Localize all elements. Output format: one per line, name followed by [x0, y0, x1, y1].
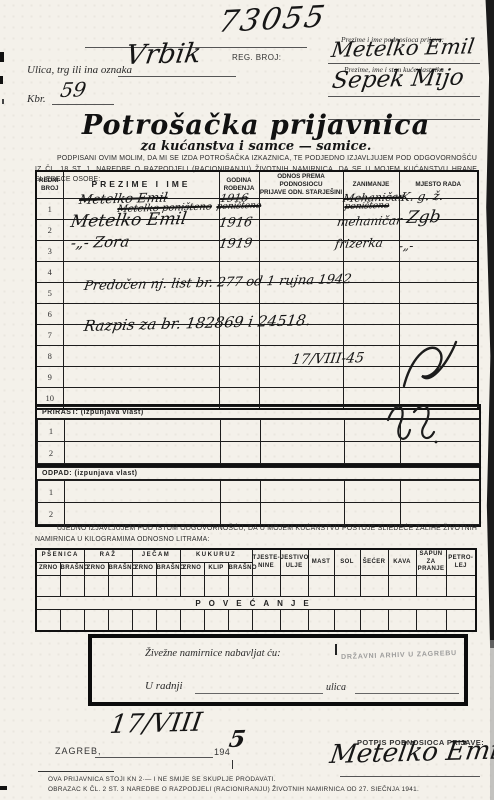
margin-mark: [0, 76, 3, 84]
col-sol: SOL: [334, 549, 360, 576]
table-row: 2: [38, 442, 480, 464]
col-jestivo-ulje: JESTIVO ULJE: [280, 549, 308, 576]
form-subtitle: za kućanstva i samce — samice.: [35, 139, 477, 154]
sub-klip: KLIP: [204, 563, 228, 576]
ruled-line: [38, 771, 114, 772]
scan-edge-soft: [490, 640, 494, 800]
col-sapun: SAPUN ZA PRANJE: [416, 549, 446, 576]
ruled-line: [195, 693, 323, 694]
sub-zrno: ZRNO: [84, 563, 108, 576]
scanned-form-page: 73055 REG. BROJ: Ulica, trg ili ina ozna…: [0, 0, 494, 800]
row-number: 1: [38, 420, 65, 442]
table-row: 1: [38, 481, 480, 503]
form-reference-note: OBRAZAC K ČL. 2 ST. 3 NAREDBE O RAZPODJE…: [48, 786, 419, 793]
reg-number-handwritten: 73055: [216, 2, 329, 37]
hw-row3-year: 1919: [218, 237, 253, 251]
sub-brasno: BRAŠNO: [60, 563, 84, 576]
row-number: 8: [36, 346, 63, 367]
ruled-line: [328, 96, 480, 97]
group-kukuruz: KUKURUZ: [180, 549, 252, 563]
sub-brasno: BRAŠNO: [228, 563, 252, 576]
signature-handwritten: Metelko Emil: [328, 737, 494, 768]
col-odnos: ODNOS PREMA PODNOSIOCU PRIJAVE ODN. STAR…: [259, 171, 343, 199]
row-number: 2: [38, 503, 65, 525]
sub-zrno: ZRNO: [36, 563, 60, 576]
hw-approval-date: 17/VIII-45: [291, 351, 365, 367]
sub-zrno: ZRNO: [180, 563, 204, 576]
povecanje-label: POVEĆANJE: [36, 597, 476, 610]
supplies-declaration: UJEDNO IZJAVLJUJEM POD ISTOM ODGOVORNOŠĆ…: [35, 524, 477, 545]
table-row: 2: [38, 503, 480, 525]
row-number: 1: [36, 199, 63, 220]
group-raz: RAŽ: [84, 549, 132, 563]
hw-row1-place: K. g. ž.: [400, 190, 444, 203]
row-number: 1: [38, 481, 65, 503]
hw-row2-year: 1916: [218, 216, 253, 230]
col-tjestenine: TJESTE- NINE: [252, 549, 280, 576]
hw-row1-occupation-note: poništeno: [344, 202, 390, 212]
purchase-intro-label: Živežne namirnice nabavljat ću:: [145, 648, 281, 659]
margin-mark: [0, 786, 7, 790]
row-number: 6: [36, 304, 63, 325]
prirast-section: PRIRAST: (izpunjava vlast) 1 2: [35, 404, 481, 466]
sub-brasno: BRAŠNO: [108, 563, 132, 576]
street-fill-label: ulica: [326, 682, 346, 693]
supplies-table: PŠENICA RAŽ JEČAM KUKURUZ TJESTE- NINE J…: [35, 548, 477, 632]
row-number: 2: [38, 442, 65, 464]
purchase-box: Živežne namirnice nabavljat ću: U radnji…: [88, 634, 468, 706]
house-number-handwritten: 59: [59, 79, 88, 100]
ruled-line: [52, 104, 114, 105]
ruled-line: [340, 776, 480, 777]
margin-mark: [2, 99, 4, 104]
city-label: ZAGREB,: [55, 746, 102, 756]
sub-brasno: BRAŠNO: [156, 563, 180, 576]
margin-mark: [0, 52, 4, 62]
group-jecam: JEČAM: [132, 549, 180, 563]
date-handwritten: 17/VIII: [108, 710, 204, 738]
odpad-label: ODPAD: (izpunjava vlast): [37, 467, 479, 480]
hw-row2-place: Zgb: [405, 209, 441, 227]
hw-row1-year-note: poništeno: [216, 202, 262, 212]
col-redni-broj: REDNI- BROJ: [36, 171, 63, 199]
hw-row3-occupation: frizerka: [334, 237, 384, 250]
supplies-group-header-row: PŠENICA RAŽ JEČAM KUKURUZ TJESTE- NINE J…: [36, 549, 476, 563]
tick-mark: [232, 760, 233, 769]
col-kava: KAVA: [388, 549, 416, 576]
hw-row3-place: -„-: [398, 240, 414, 252]
ruled-line: [95, 757, 213, 758]
hw-row2-occupation: mehaničar: [336, 214, 403, 228]
ruled-line: [355, 693, 459, 694]
supplies-empty-row: [36, 610, 476, 632]
street-label: Ulica, trg ili ina oznaka: [27, 64, 132, 76]
street-value-handwritten: Vrbik: [124, 40, 203, 69]
hw-row3-name: -„- Zora: [70, 234, 131, 251]
col-mast: MAST: [308, 549, 334, 576]
odpad-section: ODPAD: (izpunjava vlast) 1 2: [35, 465, 481, 527]
paraph-signature-icon: [398, 336, 460, 394]
reg-broj-label: REG. BROJ:: [232, 53, 281, 62]
price-note: OVA PRIJAVNICA STOJI KN 2·— I NE SMIJE S…: [48, 776, 276, 783]
shop-label: U radnji: [145, 680, 183, 692]
hw-row2-name: Metelko Emil: [69, 211, 187, 231]
group-psenica: PŠENICA: [36, 549, 84, 563]
house-number-label: Kbr.: [27, 93, 46, 105]
table-row: 1: [38, 420, 480, 442]
row-number: 9: [36, 367, 63, 388]
landlord-name-handwritten: Sepek Mijo: [331, 67, 466, 93]
scan-edge-artifact: [481, 0, 494, 648]
col-secer: ŠEĆER: [360, 549, 388, 576]
row-number: 3: [36, 241, 63, 262]
supplies-empty-row: [36, 576, 476, 597]
col-petrolej: PETRO- LEJ: [446, 549, 476, 576]
ruled-line: [118, 76, 236, 77]
year-handwritten: 5: [228, 728, 248, 751]
row-number: 4: [36, 262, 63, 283]
prirast-label: PRIRAST: (izpunjava vlast): [37, 406, 479, 419]
tick-mark: [335, 644, 337, 655]
row-number: 7: [36, 325, 63, 346]
form-title: Potrošačka prijavnica: [35, 110, 477, 141]
applicant-name-handwritten: Metelko Emil: [330, 36, 476, 61]
row-number: 2: [36, 220, 63, 241]
sub-zrno: ZRNO: [132, 563, 156, 576]
povecanje-row: POVEĆANJE: [36, 597, 476, 610]
row-number: 5: [36, 283, 63, 304]
